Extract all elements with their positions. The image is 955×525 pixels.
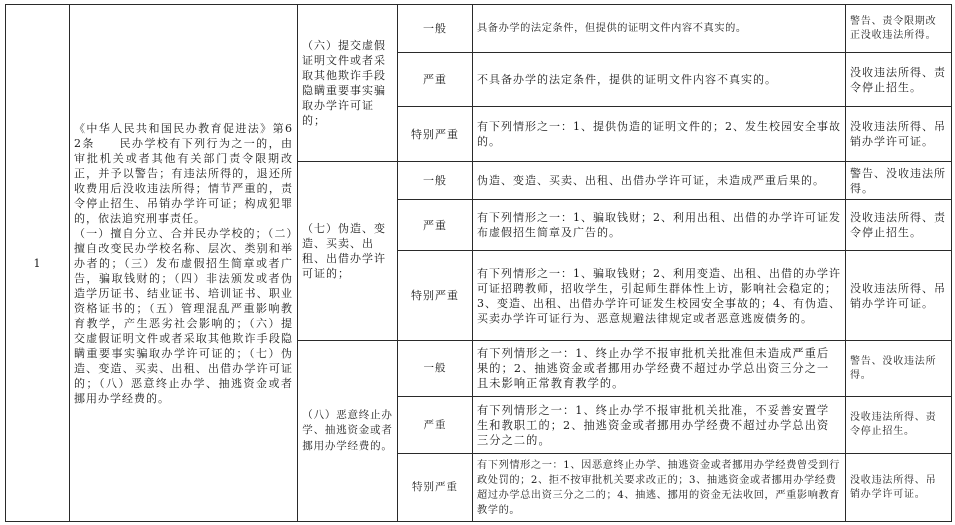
circumstance-description: 有下列情形之一：1、终止办学不报审批机关批准但未造成严重后果的；2、抽逃资金或者…	[473, 341, 846, 397]
penalty-result: 没收违法所得、吊销办学许可证。	[846, 107, 952, 162]
circumstance-description: 有下列情形之一：1、终止办学不报审批机关批准，不妥善安置学生和教职工的；2、抽逃…	[473, 397, 846, 454]
severity-level: 严重	[398, 200, 473, 251]
circumstance-description: 具备办学的法定条件，但提供的证明文件内容不真实的。	[473, 5, 846, 53]
penalty-result: 没收违法所得、吊销办学许可证。	[846, 454, 952, 522]
severity-level: 特别严重	[398, 107, 473, 162]
severity-level: 严重	[398, 53, 473, 107]
table-row: 1 《中华人民共和国民办教育促进法》第62条 民办学校有下列行为之一的，由审批机…	[6, 5, 952, 53]
penalty-result: 警告、没收违法所得。	[846, 162, 952, 200]
severity-level: 特别严重	[398, 251, 473, 341]
penalty-result: 警告、责令限期改正没收违法所得。	[846, 5, 952, 53]
violation-act-7: （七）伪造、变造、买卖、出租、出借办学许可证的；	[298, 162, 398, 341]
violation-act-6: （六）提交虚假证明文件或者采取其他欺诈手段隐瞒重要事实骗取办学许可证的；	[298, 5, 398, 162]
row-number: 1	[6, 5, 70, 522]
circumstance-description: 有下列情形之一：1、骗取钱财；2、利用变造、出租、出借的办学许可证招聘教师，招收…	[473, 251, 846, 341]
penalty-result: 警告、没收违法所得。	[846, 341, 952, 397]
penalty-result: 没收违法所得、吊销办学许可证。	[846, 251, 952, 341]
circumstance-description: 有下列情形之一：1、提供伪造的证明文件的；2、发生校园安全事故的。	[473, 107, 846, 162]
circumstance-description: 有下列情形之一：1、骗取钱财；2、利用出租、出借的办学许可证发布虚假招生简章及广…	[473, 200, 846, 251]
severity-level: 一般	[398, 5, 473, 53]
penalty-result: 没收违法所得、责令停止招生。	[846, 200, 952, 251]
severity-level: 一般	[398, 341, 473, 397]
severity-level: 特别严重	[398, 454, 473, 522]
law-basis-cell: 《中华人民共和国民办教育促进法》第62条 民办学校有下列行为之一的，由审批机关或…	[70, 5, 298, 522]
severity-level: 严重	[398, 397, 473, 454]
penalty-result: 没收违法所得、责令停止招生。	[846, 397, 952, 454]
circumstance-description: 不具备办学的法定条件，提供的证明文件内容不真实的。	[473, 53, 846, 107]
law-lead-text: 《中华人民共和国民办教育促进法》第62条 民办学校有下列行为之一的，由审批机关或…	[74, 121, 293, 226]
penalty-standard-table: 1 《中华人民共和国民办教育促进法》第62条 民办学校有下列行为之一的，由审批机…	[5, 4, 952, 522]
severity-level: 一般	[398, 162, 473, 200]
circumstance-description: 有下列情形之一：1、因恶意终止办学、抽逃资金或者挪用办学经费曾受到行政处罚的；2…	[473, 454, 846, 522]
violation-act-8: （八）恶意终止办学、抽逃资金或者挪用办学经费的。	[298, 341, 398, 522]
law-items-text: （一）擅自分立、合并民办学校的；（二）擅自改变民办学校名称、层次、类别和举办者的…	[74, 226, 293, 406]
penalty-result: 没收违法所得、责令停止招生。	[846, 53, 952, 107]
circumstance-description: 伪造、变造、买卖、出租、出借办学许可证，未造成严重后果的。	[473, 162, 846, 200]
